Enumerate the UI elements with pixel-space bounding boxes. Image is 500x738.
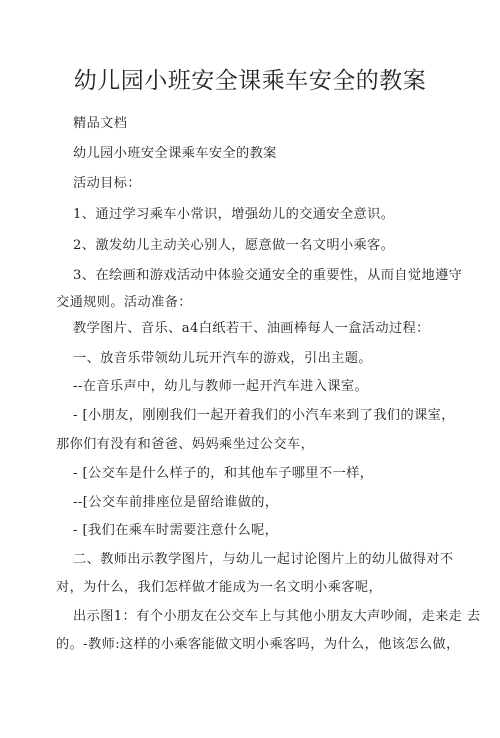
paragraph-line: --在音乐声中，幼儿与教师一起开汽车进入课室。 — [73, 375, 368, 394]
goal-item: 2、激发幼儿主动关心别人，愿意做一名文明小乘客。 — [73, 234, 394, 253]
paragraph-line: 交通规则。活动准备： — [56, 291, 192, 310]
paragraph-line: 对，为什么，我们怎样做才能成为一名文明小乘客呢， — [56, 576, 382, 595]
paragraph-line: - [我们在乘车时需要注意什么呢， — [73, 519, 278, 538]
paragraph-line: 那你们有没有和爸爸、妈妈乘坐过公交车， — [56, 433, 314, 452]
document-title: 幼儿园小班安全课乘车安全的教案 — [0, 62, 500, 95]
section-heading: 活动目标： — [73, 172, 141, 191]
step-heading: 二、教师出示教学图片，与幼儿一起讨论图片上的幼儿做得对不 — [73, 548, 453, 567]
goal-item: 1、通过学习乘车小常识，增强幼儿的交通安全意识。 — [73, 203, 394, 222]
step-heading: 一、放音乐带领幼儿玩开汽车的游戏，引出主题。 — [73, 347, 372, 366]
paragraph-line: --[公交车前排座位是留给谁做的， — [73, 491, 278, 510]
paragraph-line: 出示图1：有个小朋友在公交车上与其他小朋友大声吵闹，走来走 去 — [73, 605, 480, 624]
goal-item: 3、在绘画和游戏活动中体验交通安全的重要性，从而自觉地遵守 — [73, 264, 462, 283]
paragraph-line: 教学图片、音乐、a4白纸若干、油画棒每人一盒活动过程： — [73, 317, 430, 336]
paragraph-line: 精品文档 — [73, 112, 127, 131]
paragraph-line: 幼儿园小班安全课乘车安全的教案 — [73, 142, 277, 161]
paragraph-line: 的。-教师:这样的小乘客能做文明小乘客吗，为什么，他该怎么做， — [56, 633, 460, 652]
paragraph-line: - [小朋友，刚刚我们一起开着我们的小汽车来到了我们的课室， — [73, 404, 455, 423]
paragraph-line: - [公交车是什么样子的，和其他车子哪里不一样， — [73, 462, 373, 481]
